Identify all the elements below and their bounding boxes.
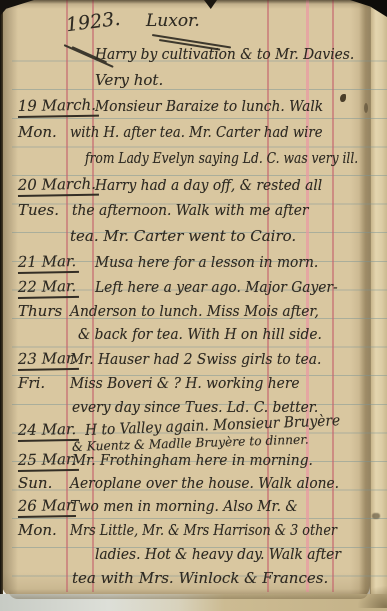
diary-row: Thurs Anderson to lunch. Miss Mois after…: [0, 301, 387, 323]
entry-text: Very hot.: [95, 70, 163, 90]
entry-text: Miss Boveri & ? H. working here: [70, 373, 300, 393]
page-top-edge: [2, 0, 374, 4]
entry-date: 19 March.: [18, 95, 100, 118]
entry-date: 21 Mar.: [18, 251, 80, 274]
diary-row: 22 Mar. Left here a year ago. Major Gaye…: [0, 277, 387, 299]
page-bottom-shadow: [8, 589, 368, 599]
diary-row: tea. Mr. Carter went to Cairo.: [0, 226, 387, 248]
entry-day: Fri.: [18, 373, 45, 393]
entry-text: Two men in morning. Also Mr. &: [70, 496, 298, 516]
entry-date: 20 March.: [18, 174, 100, 197]
entry-text: tea with Mrs. Winlock & Frances.: [72, 568, 328, 588]
entry-text: from Lady Evelyn saying Ld. C. was very …: [85, 148, 358, 168]
entry-text: with H. after tea. Mr. Carter had wire: [70, 122, 323, 142]
entry-date: 25 Mar.: [18, 449, 80, 472]
entry-text: Monsieur Baraize to lunch. Walk: [95, 96, 323, 116]
entry-date: 26 Mar: [18, 495, 77, 518]
diary-row: 21 Mar. Musa here for a lesson in morn.: [0, 252, 387, 274]
diary-row: Tues. the afternoon. Walk with me after: [0, 200, 387, 222]
entry-text: Anderson to lunch. Miss Mois after,: [70, 301, 319, 321]
entry-text: Left here a year ago. Major Gayer-: [95, 277, 338, 297]
entry-text: tea. Mr. Carter went to Cairo.: [70, 226, 296, 246]
diary-row: Mon. with H. after tea. Mr. Carter had w…: [0, 122, 387, 144]
diary-row: Mon. Mrs Little, Mr. & Mrs Harrison & 3 …: [0, 520, 387, 542]
entry-text: & back for tea. With H on hill side.: [78, 324, 322, 344]
entry-day: Tues.: [18, 200, 59, 220]
entry-text: Harry by cultivation & to Mr. Davies.: [95, 44, 354, 64]
entry-text: Mrs Little, Mr. & Mrs Harrison & 3 other: [70, 520, 337, 540]
diary-row: Harry by cultivation & to Mr. Davies.: [0, 44, 387, 66]
diary-row: 19 March. Monsieur Baraize to lunch. Wal…: [0, 96, 387, 118]
entry-text: Harry had a day off, & rested all: [95, 175, 322, 195]
entry-text: Mr. Frothingham here in morning.: [72, 450, 313, 470]
diary-row: Sun. Aeroplane over the house. Walk alon…: [0, 473, 387, 495]
entry-text: ladies. Hot & heavy day. Walk after: [95, 544, 341, 564]
entry-day: Mon.: [18, 122, 57, 142]
diary-row: 25 Mar. Mr. Frothingham here in morning.: [0, 450, 387, 472]
diary-row: 26 Mar Two men in morning. Also Mr. &: [0, 496, 387, 518]
diary-scan: 1923. Luxor. Harry by cultivation & to M…: [0, 0, 387, 611]
diary-row: ladies. Hot & heavy day. Walk after: [0, 544, 387, 566]
entry-date: 22 Mar.: [18, 276, 80, 299]
entry-day: Thurs: [18, 301, 62, 321]
diary-row: from Lady Evelyn saying Ld. C. was very …: [0, 148, 387, 170]
entry-text: Mr. Hauser had 2 Swiss girls to tea.: [70, 349, 321, 369]
entry-text: Aeroplane over the house. Walk alone.: [70, 473, 339, 493]
diary-row: & back for tea. With H on hill side.: [0, 324, 387, 346]
entry-day: Sun.: [18, 473, 52, 493]
entry-day: Mon.: [18, 520, 57, 540]
location-label: Luxor.: [146, 11, 200, 31]
entry-text: Musa here for a lesson in morn.: [95, 252, 318, 272]
diary-row: tea with Mrs. Winlock & Frances.: [0, 568, 387, 590]
diary-row: Very hot.: [0, 70, 387, 92]
diary-row: 20 March. Harry had a day off, & rested …: [0, 175, 387, 197]
diary-row: Fri. Miss Boveri & ? H. working here: [0, 373, 387, 395]
entry-text: the afternoon. Walk with me after: [72, 200, 309, 220]
diary-row: 23 Mar. Mr. Hauser had 2 Swiss girls to …: [0, 349, 387, 371]
